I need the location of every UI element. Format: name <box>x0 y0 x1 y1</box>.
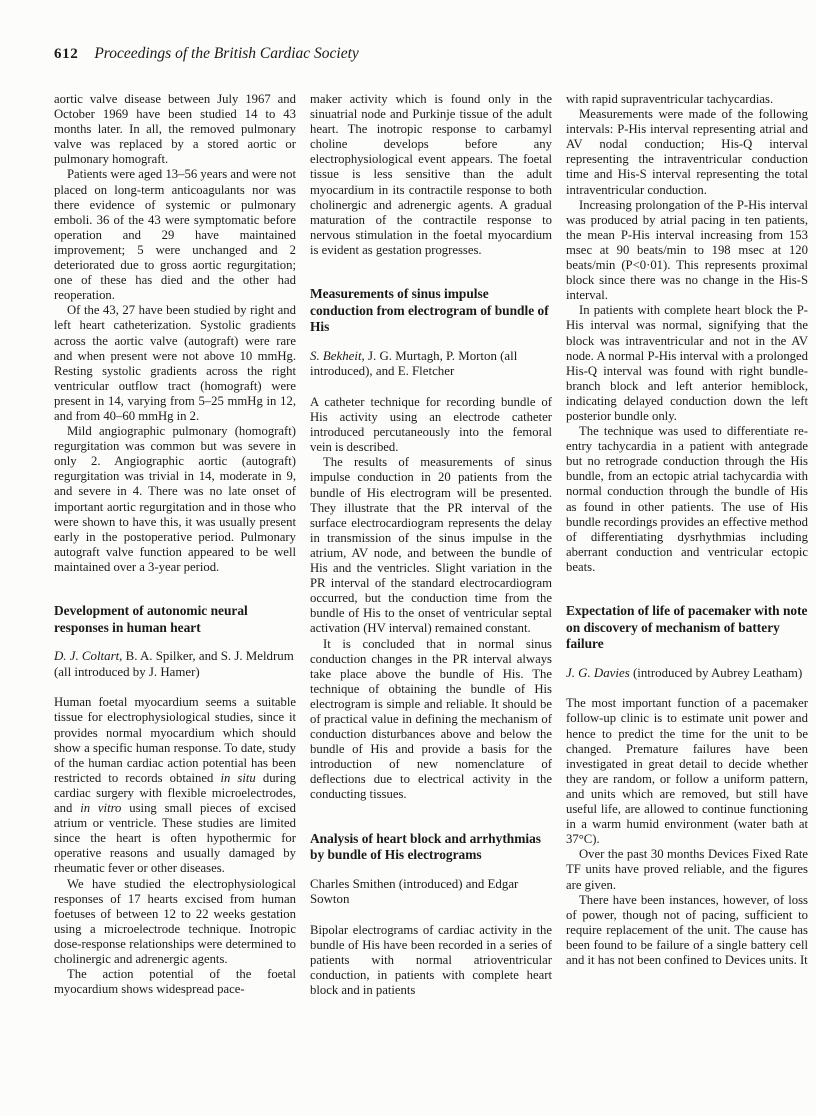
text-run: Patients were aged 13–56 years and were … <box>54 167 296 302</box>
text-run: Measurements of sinus impulse conduction… <box>310 286 549 334</box>
paragraph: Bipolar electrograms of cardiac activity… <box>310 923 552 998</box>
italic-text-run: J. G. Davies <box>566 666 630 680</box>
text-run: It is concluded that in normal sinus con… <box>310 637 552 802</box>
text-run: Expectation of life of pacemaker with no… <box>566 603 808 651</box>
text-run: The technique was used to differentiate … <box>566 424 808 574</box>
text-run: The most important function of a pacemak… <box>566 696 808 846</box>
text-run: Over the past 30 months Devices Fixed Ra… <box>566 847 808 891</box>
italic-text-run: S. Bekheit <box>310 349 362 363</box>
text-run: Bipolar electrograms of cardiac activity… <box>310 923 552 997</box>
paragraph: Mild angiographic pulmonary (homograft) … <box>54 424 296 575</box>
paragraph: Human foetal myocardium seems a suitable… <box>54 695 296 876</box>
italic-text-run: D. J. Coltart <box>54 649 119 663</box>
journal-page: 612Proceedings of the British Cardiac So… <box>0 0 816 1116</box>
text-run: The results of measurements of sinus imp… <box>310 455 552 635</box>
text-run: with rapid supraventricular tachycardias… <box>566 92 773 106</box>
paragraph: aortic valve disease between July 1967 a… <box>54 92 296 167</box>
authors-line: D. J. Coltart, B. A. Spilker, and S. J. … <box>54 649 296 680</box>
paragraph: Patients were aged 13–56 years and were … <box>54 167 296 303</box>
paragraph: There have been instances, however, of l… <box>566 893 808 968</box>
paragraph: Increasing prolongation of the P-His int… <box>566 198 808 304</box>
section-heading: Measurements of sinus impulse conduction… <box>310 286 552 336</box>
text-run: Of the 43, 27 have been studied by right… <box>54 303 296 423</box>
text-run: The action potential of the foetal myoca… <box>54 967 296 996</box>
text-run: We have studied the electrophysiological… <box>54 877 296 966</box>
paragraph: Measurements were made of the following … <box>566 107 808 198</box>
paragraph: Of the 43, 27 have been studied by right… <box>54 303 296 424</box>
paragraph: Over the past 30 months Devices Fixed Ra… <box>566 847 808 892</box>
paragraph: The most important function of a pacemak… <box>566 696 808 847</box>
article-columns: aortic valve disease between July 1967 a… <box>54 92 810 998</box>
page-number: 612 <box>54 46 78 62</box>
text-run: A catheter technique for recording bundl… <box>310 395 552 454</box>
section-heading: Development of autonomic neural response… <box>54 603 296 636</box>
authors-line: S. Bekheit, J. G. Murtagh, P. Morton (al… <box>310 349 552 380</box>
section-heading: Analysis of heart block and arrhythmias … <box>310 831 552 864</box>
text-column-2: maker activity which is found only in th… <box>310 92 552 998</box>
text-run: Charles Smithen (introduced) and Edgar S… <box>310 877 518 907</box>
authors-line: Charles Smithen (introduced) and Edgar S… <box>310 877 552 908</box>
text-run: maker activity which is found only in th… <box>310 92 552 257</box>
italic-text-run: in situ <box>220 771 255 785</box>
paragraph: The action potential of the foetal myoca… <box>54 967 296 997</box>
text-run: aortic valve disease between July 1967 a… <box>54 92 296 166</box>
paragraph: The results of measurements of sinus imp… <box>310 455 552 636</box>
text-run: Development of autonomic neural response… <box>54 603 248 635</box>
text-column-1: aortic valve disease between July 1967 a… <box>54 92 296 998</box>
text-run: (introduced by Aubrey Leatham) <box>630 666 803 680</box>
italic-text-run: in vitro <box>80 801 121 815</box>
paragraph: A catheter technique for recording bundl… <box>310 395 552 455</box>
text-run: There have been instances, however, of l… <box>566 893 808 967</box>
text-run: Increasing prolongation of the P-His int… <box>566 198 808 303</box>
running-title: Proceedings of the British Cardiac Socie… <box>94 45 358 62</box>
text-column-3: with rapid supraventricular tachycardias… <box>566 92 808 998</box>
paragraph: In patients with complete heart block th… <box>566 303 808 424</box>
authors-line: J. G. Davies (introduced by Aubrey Leath… <box>566 666 808 682</box>
text-run: Analysis of heart block and arrhythmias … <box>310 831 541 863</box>
section-heading: Expectation of life of pacemaker with no… <box>566 603 808 653</box>
paragraph: with rapid supraventricular tachycardias… <box>566 92 808 107</box>
paragraph: The technique was used to differentiate … <box>566 424 808 575</box>
text-run: Mild angiographic pulmonary (homograft) … <box>54 424 296 574</box>
page-header: 612Proceedings of the British Cardiac So… <box>54 45 359 63</box>
paragraph: We have studied the electrophysiological… <box>54 877 296 968</box>
paragraph: maker activity which is found only in th… <box>310 92 552 258</box>
text-run: In patients with complete heart block th… <box>566 303 808 423</box>
text-run: Measurements were made of the following … <box>566 107 808 196</box>
paragraph: It is concluded that in normal sinus con… <box>310 637 552 803</box>
